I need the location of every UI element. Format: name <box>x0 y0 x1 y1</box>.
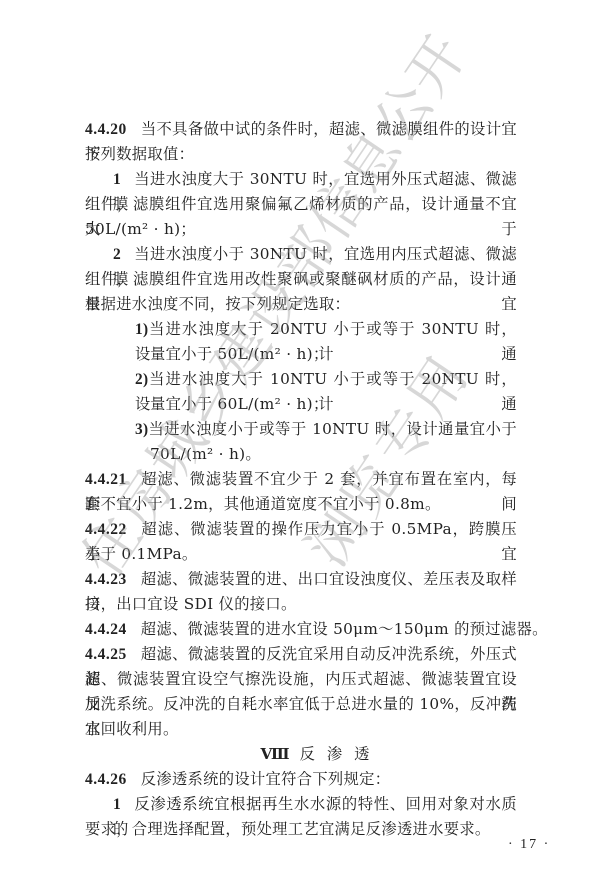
clause-4-4-22: 4.4.22超滤、微滤装置的操作压力宜小于 0.5MPa，跨膜压差宜 小于 0.… <box>85 517 517 567</box>
item-number: 2 <box>113 246 121 263</box>
clause-line: 下列数据取值： <box>85 142 517 167</box>
sub-item-line: 1)当进水浊度大于 20NTU 小于或等于 30NTU 时，设计通 <box>85 317 517 342</box>
clause-4-4-23: 4.4.23超滤、微滤装置的进、出口宜设浊度仪、差压表及取样接 口，出口宜设 S… <box>85 567 517 617</box>
item-line: 1反渗透系统宜根据再生水水源的特性、回用对象对水质的 <box>85 792 517 817</box>
clause-line: 滤、微滤装置宜设空气擦洗设施，内压式超滤、微滤装置宜设加药 <box>85 667 517 692</box>
clause-number: 4.4.21 <box>85 471 127 488</box>
section-roman-numeral: Ⅷ <box>261 746 290 763</box>
sub-item-line: 70L/(m² · h)。 <box>85 442 517 467</box>
clause-number: 4.4.22 <box>85 521 127 538</box>
clause-line: 4.4.23超滤、微滤装置的进、出口宜设浊度仪、差压表及取样接 <box>85 567 517 592</box>
clause-number: 4.4.24 <box>85 621 127 638</box>
clause-4-4-20: 4.4.20当不具备做中试的条件时，超滤、微滤膜组件的设计宜按 下列数据取值： … <box>85 117 517 467</box>
clause-text: 反渗透系统的设计宜符合下列规定： <box>141 770 391 788</box>
document-page: 4.4.20当不具备做中试的条件时，超滤、微滤膜组件的设计宜按 下列数据取值： … <box>0 0 600 870</box>
item-line: 组件，滤膜组件宜选用改性聚砜或聚醚砜材质的产品，设计通量宜 <box>85 267 517 292</box>
clause-text: 超滤、微滤装置的进水宜设 50μm～150μm 的预过滤器。 <box>141 620 548 638</box>
item-line: 2当进水浊度小于 30NTU 时，宜选用内压式超滤、微滤膜 <box>85 242 517 267</box>
clause-number: 4.4.26 <box>85 771 127 788</box>
item-line: 1当进水浊度大于 30NTU 时，宜选用外压式超滤、微滤膜 <box>85 167 517 192</box>
page-number: · 17 · <box>508 837 550 853</box>
sub-item-text: 当进水浊度小于或等于 10NTU 时，设计通量宜小于 <box>148 420 517 438</box>
sub-item-number: 1) <box>135 321 148 338</box>
sub-item-line: 2)当进水浊度大于 10NTU 小于或等于 20NTU 时，设计通 <box>85 367 517 392</box>
clause-4-4-26: 4.4.26反渗透系统的设计宜符合下列规定： 1反渗透系统宜根据再生水水源的特性… <box>85 767 517 842</box>
item-number: 1 <box>113 796 121 813</box>
clause-number: 4.4.25 <box>85 646 127 663</box>
sub-item-number: 2) <box>135 371 148 388</box>
clause-line: 4.4.22超滤、微滤装置的操作压力宜小于 0.5MPa，跨膜压差宜 <box>85 517 517 542</box>
item-line: 组件，滤膜组件宜选用聚偏氟乙烯材质的产品，设计通量不宜大于 <box>85 192 517 217</box>
clause-line: 4.4.25超滤、微滤装置的反洗宜采用自动反冲洗系统，外压式超 <box>85 642 517 667</box>
clause-line: 反洗系统。反冲洗的自耗水率宜低于总进水量的 10%，反冲洗水 <box>85 692 517 717</box>
clause-line: 宜回收利用。 <box>85 717 517 742</box>
clause-number: 4.4.23 <box>85 571 127 588</box>
sub-item-line: 3)当进水浊度小于或等于 10NTU 时，设计通量宜小于 <box>85 417 517 442</box>
clause-4-4-21: 4.4.21超滤、微滤装置不宜少于 2 套，并宜布置在室内，每套间 距不宜小于 … <box>85 467 517 517</box>
clause-line: 4.4.26反渗透系统的设计宜符合下列规定： <box>85 767 517 792</box>
sub-item-number: 3) <box>135 421 148 438</box>
clause-line: 4.4.20当不具备做中试的条件时，超滤、微滤膜组件的设计宜按 <box>85 117 517 142</box>
clause-number: 4.4.20 <box>85 121 127 138</box>
item-number: 1 <box>113 171 121 188</box>
clause-line: 4.4.24超滤、微滤装置的进水宜设 50μm～150μm 的预过滤器。 <box>85 617 517 642</box>
clause-line: 4.4.21超滤、微滤装置不宜少于 2 套，并宜布置在室内，每套间 <box>85 467 517 492</box>
section-title: 反渗透 <box>300 745 382 763</box>
clause-4-4-24: 4.4.24超滤、微滤装置的进水宜设 50μm～150μm 的预过滤器。 <box>85 617 517 642</box>
clause-4-4-25: 4.4.25超滤、微滤装置的反洗宜采用自动反冲洗系统，外压式超 滤、微滤装置宜设… <box>85 642 517 742</box>
section-heading: Ⅷ反渗透 <box>85 742 517 767</box>
item-line: 要求，合理选择配置，预处理工艺宜满足反渗透进水要求。 <box>85 817 517 842</box>
page-content: 4.4.20当不具备做中试的条件时，超滤、微滤膜组件的设计宜按 下列数据取值： … <box>85 117 517 842</box>
clause-line: 口，出口宜设 SDI 仪的接口。 <box>85 592 517 617</box>
